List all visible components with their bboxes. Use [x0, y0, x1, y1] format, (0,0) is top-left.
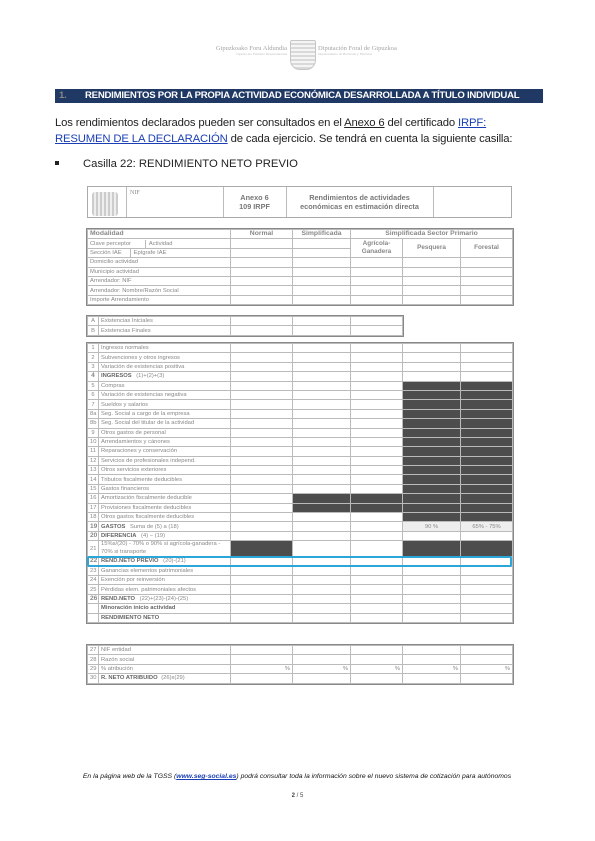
page-total: 5: [300, 793, 303, 799]
row-code: 29: [88, 664, 99, 673]
row-code: 16: [88, 494, 99, 503]
row-code: 7: [88, 400, 99, 409]
row-code: 11: [88, 447, 99, 456]
form-row: 11Reparaciones y conservación: [88, 447, 513, 456]
form-row: 24Exención por reinversión: [88, 575, 513, 584]
page-number: 2 / 5: [0, 793, 595, 799]
row-code: A: [88, 317, 99, 326]
seccion-epigrafe: Sección IAEEpígrafe IAE: [88, 248, 231, 257]
row-code: 4: [88, 372, 99, 381]
row-code: 10: [88, 437, 99, 446]
row-label: RENDIMIENTO NETO: [99, 613, 231, 622]
form-header: NIF Anexo 6 109 IRPF Rendimientos de act…: [87, 186, 512, 218]
info-row: Arrendador: NIF: [88, 276, 513, 285]
row-label: Minoración inicio actividad: [99, 604, 231, 613]
row-label: Gastos financieros: [99, 484, 231, 493]
row-code: 5: [88, 381, 99, 390]
col-forestal: Forestal: [461, 239, 513, 258]
logo-right-text: Diputación Foral de Gipuzkoa Departament…: [318, 45, 413, 56]
attribution-row: 27NIF entidad: [88, 646, 513, 655]
form-row: 2115%s/(20) - 70% o 90% si agrícola-gana…: [88, 541, 513, 557]
attribution-row: 28Razón social: [88, 655, 513, 664]
form-row: 23Ganancias elementos patrimoniales: [88, 566, 513, 575]
row-label: Ganancias elementos patrimoniales: [99, 566, 231, 575]
row-code: 3: [88, 362, 99, 371]
existencias-table: AExistencias InicialesBExistencias Final…: [87, 316, 403, 336]
bullet-text: Casilla 22: RENDIMIENTO NETO PREVIO: [83, 158, 298, 170]
intro-text-2: del certificado: [385, 117, 458, 129]
form-row: 20DIFERENCIA (4) − (19): [88, 531, 513, 540]
row-label: REND.NETO (22)+(23)-(24)-(25): [99, 594, 231, 603]
modalidad-label: Modalidad: [88, 230, 231, 239]
percentage-value: 65% - 75%: [461, 522, 513, 531]
row-label: Servicios de profesionales independ.: [99, 456, 231, 465]
right-org-name: Diputación Foral de Gipuzkoa: [318, 45, 397, 52]
form-row: Minoración inicio actividad: [88, 604, 513, 613]
col-normal: Normal: [231, 230, 293, 239]
left-org-sub: Ogasun eta Finantza Departamentua: [197, 52, 287, 56]
form-row: 15Gastos financieros: [88, 484, 513, 493]
form-row: 3Variación de existencias positiva: [88, 362, 513, 371]
row-label: Variación de existencias negativa: [99, 390, 231, 399]
form-crest-icon: [92, 192, 118, 216]
row-code: 28: [88, 655, 99, 664]
row-label: GASTOS Suma de (5) a (18): [99, 522, 231, 531]
anexo-line1: Anexo 6: [223, 193, 286, 202]
info-label: Domicilio actividad: [88, 258, 231, 267]
info-label: Importe Arrendamiento: [88, 295, 231, 304]
left-org-name: Gipuzkoako Foru Aldundia: [216, 45, 287, 52]
bullet-icon: [55, 161, 59, 165]
row-label: Amortización fiscalmente deducible: [99, 494, 231, 503]
row-label: Otros gastos de personal: [99, 428, 231, 437]
form-row: 13Otros servicios exteriores: [88, 466, 513, 475]
row-code: 19: [88, 522, 99, 531]
form-row: 1Ingresos normales: [88, 344, 513, 353]
percentage-value: 90 %: [403, 522, 461, 531]
row-code: 26: [88, 594, 99, 603]
footer-text-2: ) podrá consultar toda la información so…: [236, 773, 511, 780]
crest-icon: [290, 40, 316, 70]
form-row: 17Provisiones fiscalmente deducibles: [88, 503, 513, 512]
intro-text-3: de cada ejercicio. Se tendrá en cuenta l…: [228, 133, 513, 145]
row-code: 15: [88, 484, 99, 493]
row-label: % atribución: [99, 664, 231, 673]
form-title-line1: Rendimientos de actividades: [286, 193, 433, 202]
logo-left-text: Gipuzkoako Foru Aldundia Ogasun eta Fina…: [197, 45, 287, 56]
atribucion-table: 27NIF entidad28Razón social29% atribució…: [87, 645, 513, 684]
row-code: 14: [88, 475, 99, 484]
row-label: Tributos fiscalmente deducibles: [99, 475, 231, 484]
clave-perceptor: Clave perceptor: [90, 241, 131, 247]
info-row: Municipio actividad: [88, 267, 513, 276]
rendimientos-table: 1Ingresos normales2Subvenciones y otros …: [87, 343, 513, 623]
section-number: 1.: [55, 89, 85, 103]
info-label: Municipio actividad: [88, 267, 231, 276]
row-code: 9: [88, 428, 99, 437]
row-code: 8b: [88, 419, 99, 428]
row-label: NIF entidad: [99, 646, 231, 655]
form-row: 26REND.NETO (22)+(23)-(24)-(25): [88, 594, 513, 603]
row-code: 30: [88, 674, 99, 683]
section-heading: 1.RENDIMIENTOS POR LA PROPIA ACTIVIDAD E…: [55, 89, 543, 103]
intro-paragraph: Los rendimientos declarados pueden ser c…: [55, 115, 543, 147]
form-row: 16Amortización fiscalmente deducible: [88, 494, 513, 503]
row-code: 17: [88, 503, 99, 512]
form-row: 9Otros gastos de personal: [88, 428, 513, 437]
row-label: Razón social: [99, 655, 231, 664]
row-code: [88, 604, 99, 613]
form-row: 18Otros gastos fiscalmente deducibles: [88, 513, 513, 522]
row-label: Sueldos y salarios: [99, 400, 231, 409]
row-label: Pérdidas elem. patrimoniales afectos: [99, 585, 231, 594]
footer-note: En la página web de la TGSS (www.seg-soc…: [62, 773, 532, 780]
col-pesquera: Pesquera: [403, 239, 461, 258]
form-nif-label: NIF: [130, 190, 140, 196]
form-row: RENDIMIENTO NETO: [88, 613, 513, 622]
actividad: Actividad: [145, 240, 173, 248]
anexo-line2: 109 IRPF: [223, 202, 286, 211]
row-label: Provisiones fiscalmente deducibles: [99, 503, 231, 512]
right-org-sub: Departamento de Hacienda y Finanzas: [318, 52, 413, 56]
form-row: 8aSeg. Social a cargo de la empresa: [88, 409, 513, 418]
form-row: 14Tributos fiscalmente deducibles: [88, 475, 513, 484]
row-label: Seg. Social del titular de la actividad: [99, 419, 231, 428]
row-label: Seg. Social a cargo de la empresa: [99, 409, 231, 418]
row-label: Exención por reinversión: [99, 575, 231, 584]
epigrafe-iae: Epígrafe IAE: [130, 249, 167, 257]
page-current: 2: [292, 793, 295, 799]
row-code: 21: [88, 541, 99, 557]
existencias-row: BExistencias Finales: [88, 326, 403, 335]
col-simplificada: Simplificada: [293, 230, 351, 239]
modalidad-table: Modalidad Normal Simplificada Simplifica…: [87, 229, 513, 305]
form-row: 10Arrendamientos y cánones: [88, 437, 513, 446]
intro-text-1: Los rendimientos declarados pueden ser c…: [55, 117, 344, 129]
row-code: 13: [88, 466, 99, 475]
row-label: DIFERENCIA (4) − (19): [99, 531, 231, 540]
row-label: Otros gastos fiscalmente deducibles: [99, 513, 231, 522]
row-label: Existencias Finales: [99, 326, 231, 335]
form-row: 6Variación de existencias negativa: [88, 390, 513, 399]
row-label: Reparaciones y conservación: [99, 447, 231, 456]
casilla-22-highlight: [87, 556, 512, 567]
seg-social-link[interactable]: www.seg-social.es: [176, 773, 236, 780]
row-label: Variación de existencias positiva: [99, 362, 231, 371]
form-row: 8bSeg. Social del titular de la activida…: [88, 419, 513, 428]
info-row: Importe Arrendamiento: [88, 295, 513, 304]
form-title: Rendimientos de actividades económicas e…: [286, 193, 433, 211]
form-row: 25Pérdidas elem. patrimoniales afectos: [88, 585, 513, 594]
row-code: 20: [88, 531, 99, 540]
clave-actividad: Clave perceptorActividad: [88, 239, 231, 248]
form-row: 5Compras: [88, 381, 513, 390]
row-label: Existencias Iniciales: [99, 317, 231, 326]
row-label: 15%s/(20) - 70% o 90% si agrícola-ganade…: [99, 541, 231, 557]
row-label: Subvenciones y otros ingresos: [99, 353, 231, 362]
row-code: 8a: [88, 409, 99, 418]
form-row: 19GASTOS Suma de (5) a (18)90 %65% - 75%: [88, 522, 513, 531]
col-agricola: Agrícola-Ganadera: [351, 239, 403, 258]
footer-text-1: En la página web de la TGSS (: [83, 773, 176, 780]
bullet-item: Casilla 22: RENDIMIENTO NETO PREVIO: [55, 158, 298, 170]
form-anexo: Anexo 6 109 IRPF: [223, 193, 286, 211]
info-label: Arrendador: NIF: [88, 276, 231, 285]
row-code: 2: [88, 353, 99, 362]
info-row: Domicilio actividad: [88, 258, 513, 267]
header-logo: Gipuzkoako Foru Aldundia Ogasun eta Fina…: [197, 38, 412, 72]
row-label: Compras: [99, 381, 231, 390]
attribution-row: 29% atribución%%%%%: [88, 664, 513, 673]
attribution-row: 30R. NETO ATRIBUIDO (26)x(29): [88, 674, 513, 683]
row-code: 27: [88, 646, 99, 655]
info-label: Arrendador: Nombre/Razón Social: [88, 286, 231, 295]
info-row: Arrendador: Nombre/Razón Social: [88, 286, 513, 295]
anexo-link[interactable]: Anexo 6: [344, 117, 384, 129]
section-title: RENDIMIENTOS POR LA PROPIA ACTIVIDAD ECO…: [85, 90, 519, 101]
row-label: R. NETO ATRIBUIDO (26)x(29): [99, 674, 231, 683]
col-sector-primario: Simplificada Sector Primario: [351, 230, 513, 239]
row-code: 23: [88, 566, 99, 575]
row-label: INGRESOS (1)+(2)+(3): [99, 372, 231, 381]
row-code: 12: [88, 456, 99, 465]
form-row: 2Subvenciones y otros ingresos: [88, 353, 513, 362]
row-code: B: [88, 326, 99, 335]
existencias-row: AExistencias Iniciales: [88, 317, 403, 326]
row-code: 18: [88, 513, 99, 522]
row-code: 1: [88, 344, 99, 353]
row-code: 25: [88, 585, 99, 594]
row-code: 24: [88, 575, 99, 584]
row-label: Arrendamientos y cánones: [99, 437, 231, 446]
row-code: 6: [88, 390, 99, 399]
row-code: [88, 613, 99, 622]
form-row: 4INGRESOS (1)+(2)+(3): [88, 372, 513, 381]
seccion-iae: Sección IAE: [90, 250, 122, 256]
row-label: Otros servicios exteriores: [99, 466, 231, 475]
form-row: 12Servicios de profesionales independ.: [88, 456, 513, 465]
row-label: Ingresos normales: [99, 344, 231, 353]
form-row: 7Sueldos y salarios: [88, 400, 513, 409]
form-title-line2: económicas en estimación directa: [286, 202, 433, 211]
